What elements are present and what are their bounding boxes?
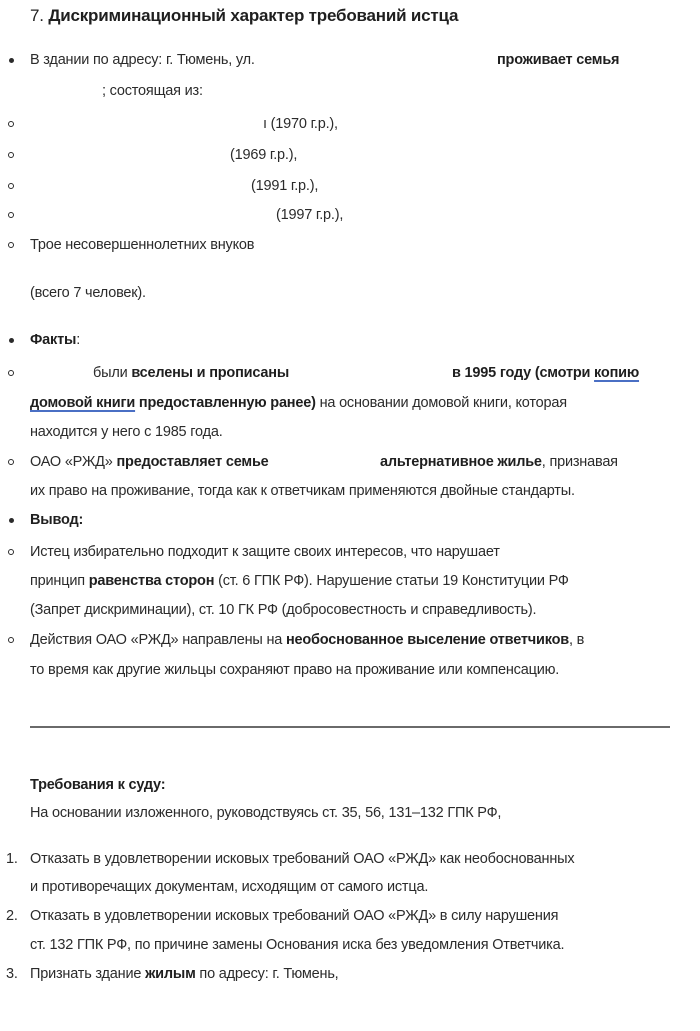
demand-2-line-2: ст. 132 ГПК РФ, по причине замены Основа… — [30, 935, 564, 955]
fact-2-line-1b: альтернативное жилье, признавая — [380, 452, 618, 472]
conclusion-text: , в — [569, 632, 584, 648]
fact-1-line-1b: в 1995 году (смотри копию — [452, 363, 639, 383]
demand-text: по адресу: г. Тюмень, — [196, 966, 339, 982]
section-heading: 7. Дискриминационный характер требований… — [30, 6, 458, 26]
horizontal-rule — [30, 726, 670, 728]
sub-bullet-icon — [6, 176, 16, 196]
fact-text: на основании домовой книги, которая — [316, 395, 567, 411]
family-member-4: (1997 г.р.), — [276, 205, 343, 225]
conclusion-text: принцип — [30, 573, 89, 589]
conclusion-bold: равенства сторон — [89, 573, 215, 589]
family-member-3: (1991 г.р.), — [251, 176, 318, 196]
conclusion-1-line-2: принцип равенства сторон (ст. 6 ГПК РФ).… — [30, 571, 569, 591]
family-member-5: Трое несовершеннолетних внуков — [30, 235, 254, 255]
family-member-1: ı (1970 г.р.), — [263, 114, 338, 134]
bullet-icon — [6, 510, 16, 530]
demand-1-line-1: Отказать в удовлетворении исковых требов… — [30, 849, 574, 869]
conclusion-2-line-1: Действия ОАО «РЖД» направлены на необосн… — [30, 630, 584, 650]
conclusion-bold: необоснованное выселение ответчиков — [286, 632, 569, 648]
fact-1-line-2: домовой книги предоставленную ранее) на … — [30, 393, 567, 413]
house-book-link[interactable]: копию — [594, 365, 639, 381]
conclusion-text: Действия ОАО «РЖД» направлены на — [30, 632, 286, 648]
section-number: 7. — [30, 6, 44, 25]
fact-bold: в 1995 году (смотри — [452, 365, 594, 381]
sub-bullet-icon — [6, 205, 16, 225]
list-number: 1. — [6, 849, 18, 869]
sub-bullet-icon — [6, 114, 16, 134]
list-number: 2. — [6, 906, 18, 926]
fact-1-line-1a: были вселены и прописаны — [93, 363, 289, 383]
family-lives-text: проживает семья — [497, 52, 619, 68]
address-prefix: В здании по адресу: г. Тюмень, ул. — [30, 52, 255, 68]
fact-2-line-1a: ОАО «РЖД» предоставляет семье — [30, 452, 269, 472]
demands-title: Требования к суду: — [30, 775, 165, 795]
fact-1-line-3: находится у него с 1985 года. — [30, 422, 223, 442]
family-total: (всего 7 человек). — [30, 283, 146, 303]
bullet-icon — [6, 330, 16, 350]
demands-title-text: Требования к суду: — [30, 777, 165, 793]
conclusion-2-line-2: то время как другие жильцы сохраняют пра… — [30, 660, 559, 680]
fact-text: , признавая — [542, 454, 618, 470]
fact-bold: альтернативное жилье — [380, 454, 542, 470]
house-book-link-continued[interactable]: домовой книги — [30, 395, 135, 411]
demand-2-line-1: Отказать в удовлетворении исковых требов… — [30, 906, 558, 926]
address-bold: проживает семья — [497, 50, 619, 70]
fact-bold: предоставленную ранее) — [135, 395, 316, 411]
fact-2-line-2: их право на проживание, тогда как к отве… — [30, 481, 575, 501]
fact-text: были — [93, 365, 131, 381]
demand-bold: жилым — [145, 966, 196, 982]
conclusion-1-line-3: (Запрет дискриминации), ст. 10 ГК РФ (до… — [30, 600, 536, 620]
demand-text: Признать здание — [30, 966, 145, 982]
section-title: Дискриминационный характер требований ис… — [48, 6, 458, 25]
conclusion-label-text: Вывод: — [30, 512, 83, 528]
sub-bullet-icon — [6, 542, 16, 562]
sub-bullet-icon — [6, 235, 16, 255]
address-line: В здании по адресу: г. Тюмень, ул. — [30, 50, 255, 70]
conclusion-label: Вывод: — [30, 510, 83, 530]
bullet-icon — [6, 50, 16, 70]
demand-3-line-1: Признать здание жилым по адресу: г. Тюме… — [30, 964, 339, 984]
fact-bold: вселены и прописаны — [131, 365, 289, 381]
demands-intro: На основании изложенного, руководствуясь… — [30, 803, 501, 823]
facts-colon: : — [76, 332, 80, 348]
facts-label: Факты: — [30, 330, 80, 350]
conclusion-1-line-1: Истец избирательно подходит к защите сво… — [30, 542, 500, 562]
list-number: 3. — [6, 964, 18, 984]
family-member-2: (1969 г.р.), — [230, 145, 297, 165]
address-continuation: ; состоящая из: — [102, 81, 203, 101]
conclusion-text: (ст. 6 ГПК РФ). Нарушение статьи 19 Конс… — [214, 573, 568, 589]
sub-bullet-icon — [6, 630, 16, 650]
sub-bullet-icon — [6, 363, 16, 383]
facts-label-text: Факты — [30, 332, 76, 348]
fact-text: ОАО «РЖД» — [30, 454, 117, 470]
sub-bullet-icon — [6, 145, 16, 165]
sub-bullet-icon — [6, 452, 16, 472]
document-page: 7. Дискриминационный характер требований… — [0, 0, 700, 1031]
demand-1-line-2: и противоречащих документам, исходящим о… — [30, 877, 428, 897]
fact-bold: предоставляет семье — [117, 454, 269, 470]
